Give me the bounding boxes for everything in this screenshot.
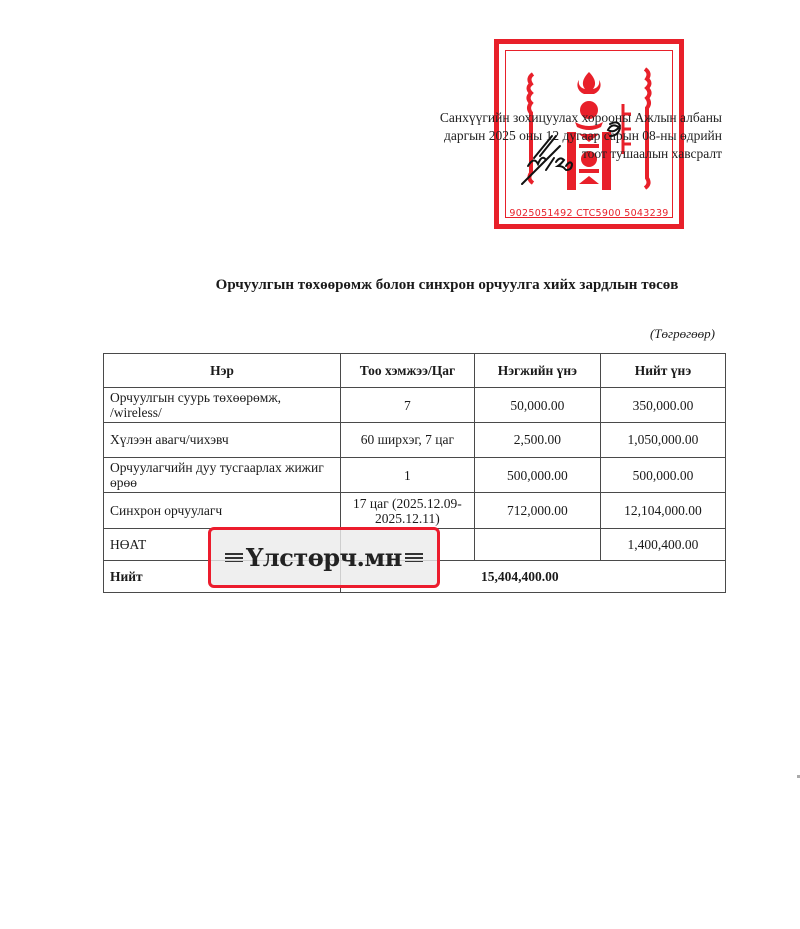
document-title: Орчуулгын төхөөрөмж болон синхрон орчуул… — [0, 277, 800, 294]
cell-quantity: 60 ширхэг, 7 цаг — [341, 423, 475, 458]
cell-unit-price: 50,000.00 — [474, 388, 600, 423]
cell-name: Орчуулгын суурь төхөөрөмж, /wireless/ — [104, 388, 341, 423]
cell-quantity: 7 — [341, 388, 475, 423]
cell-unit-price: 500,000.00 — [474, 458, 600, 493]
cell-unit-price: 2,500.00 — [474, 423, 600, 458]
cell-unit-price: 712,000.00 — [474, 493, 600, 529]
cell-total: 1,050,000.00 — [600, 423, 725, 458]
wing-right-icon — [405, 553, 423, 562]
table-row: Орчуулгын суурь төхөөрөмж, /wireless/ 7 … — [104, 388, 726, 423]
currency-note: (Төгрөгөөр) — [650, 326, 715, 342]
wing-left-icon — [225, 553, 243, 562]
cell-name: Орчуулагчийн дуу тусгаарлах жижиг өрөө — [104, 458, 341, 493]
cell-unit-price — [474, 529, 600, 561]
header-name: Нэр — [104, 354, 341, 388]
handwritten-signature-icon — [520, 118, 640, 188]
cell-quantity: 17 цаг (2025.12.09-2025.12.11) — [341, 493, 475, 529]
cell-total: 12,104,000.00 — [600, 493, 725, 529]
table-row: Орчуулагчийн дуу тусгаарлах жижиг өрөө 1… — [104, 458, 726, 493]
cell-name: Синхрон орчуулагч — [104, 493, 341, 529]
table-row: Хүлээн авагч/чихэвч 60 ширхэг, 7 цаг 2,5… — [104, 423, 726, 458]
cell-name: Хүлээн авагч/чихэвч — [104, 423, 341, 458]
table-row: Синхрон орчуулагч 17 цаг (2025.12.09-202… — [104, 493, 726, 529]
cell-total: 500,000.00 — [600, 458, 725, 493]
cell-total: 350,000.00 — [600, 388, 725, 423]
news-site-watermark: Үлстөрч.мн — [208, 527, 440, 588]
seal-registration-number: 9025051492 CTC5900 5043239 — [499, 208, 679, 219]
header-quantity: Тоо хэмжээ/Цаг — [341, 354, 475, 388]
table-header-row: Нэр Тоо хэмжээ/Цаг Нэгжийн үнэ Нийт үнэ — [104, 354, 726, 388]
header-total-price: Нийт үнэ — [600, 354, 725, 388]
header-unit-price: Нэгжийн үнэ — [474, 354, 600, 388]
watermark-text: Үлстөрч.мн — [246, 543, 402, 572]
cell-quantity: 1 — [341, 458, 475, 493]
cell-total: 1,400,400.00 — [600, 529, 725, 561]
